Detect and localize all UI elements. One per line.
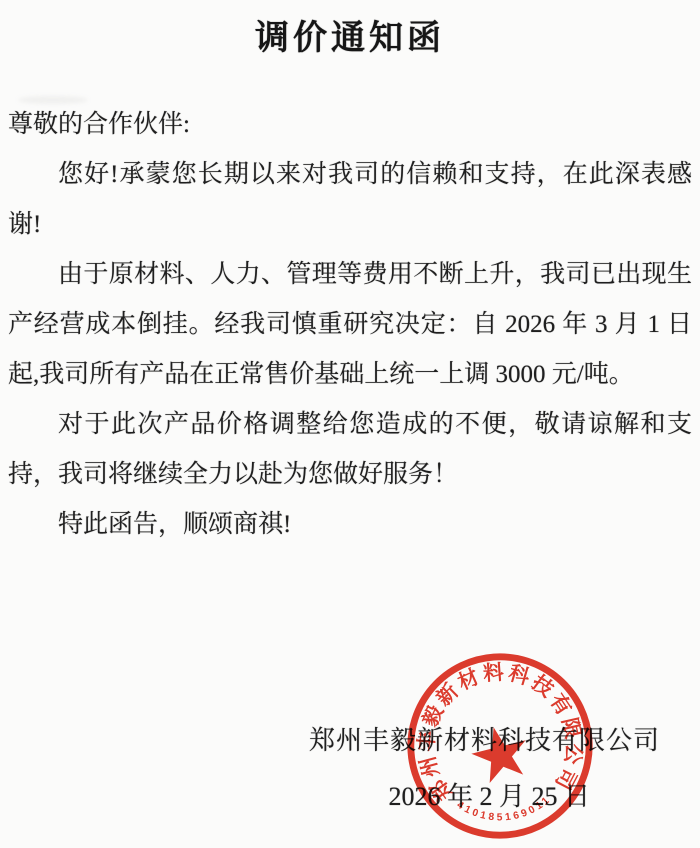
paragraph-price-adjustment: 由于原材料、人力、管理等费用不断上升，我司已出现生产经营成本倒挂。经我司慎重研究… bbox=[8, 250, 692, 400]
signature-company-name: 郑州丰毅新材料科技有限公司 bbox=[309, 720, 660, 757]
letter-body: 尊敬的合作伙伴: 您好!承蒙您长期以来对我司的信赖和支持，在此深表感谢! 由于原… bbox=[8, 100, 692, 550]
paragraph-closing: 特此函告，顺颂商祺! bbox=[8, 500, 692, 550]
signature-date: 2026 年 2 月 25 日 bbox=[388, 776, 590, 813]
paragraph-greeting: 您好!承蒙您长期以来对我司的信赖和支持，在此深表感谢! bbox=[8, 150, 692, 250]
page-title: 调价通知函 bbox=[0, 10, 700, 59]
paragraph-apology: 对于此次产品价格调整给您造成的不便，敬请谅解和支持，我司将继续全力以赴为您做好服… bbox=[8, 400, 692, 500]
salutation: 尊敬的合作伙伴: bbox=[8, 100, 692, 150]
notice-letter-page: 调价通知函 尊敬的合作伙伴: 您好!承蒙您长期以来对我司的信赖和支持，在此深表感… bbox=[0, 0, 700, 848]
